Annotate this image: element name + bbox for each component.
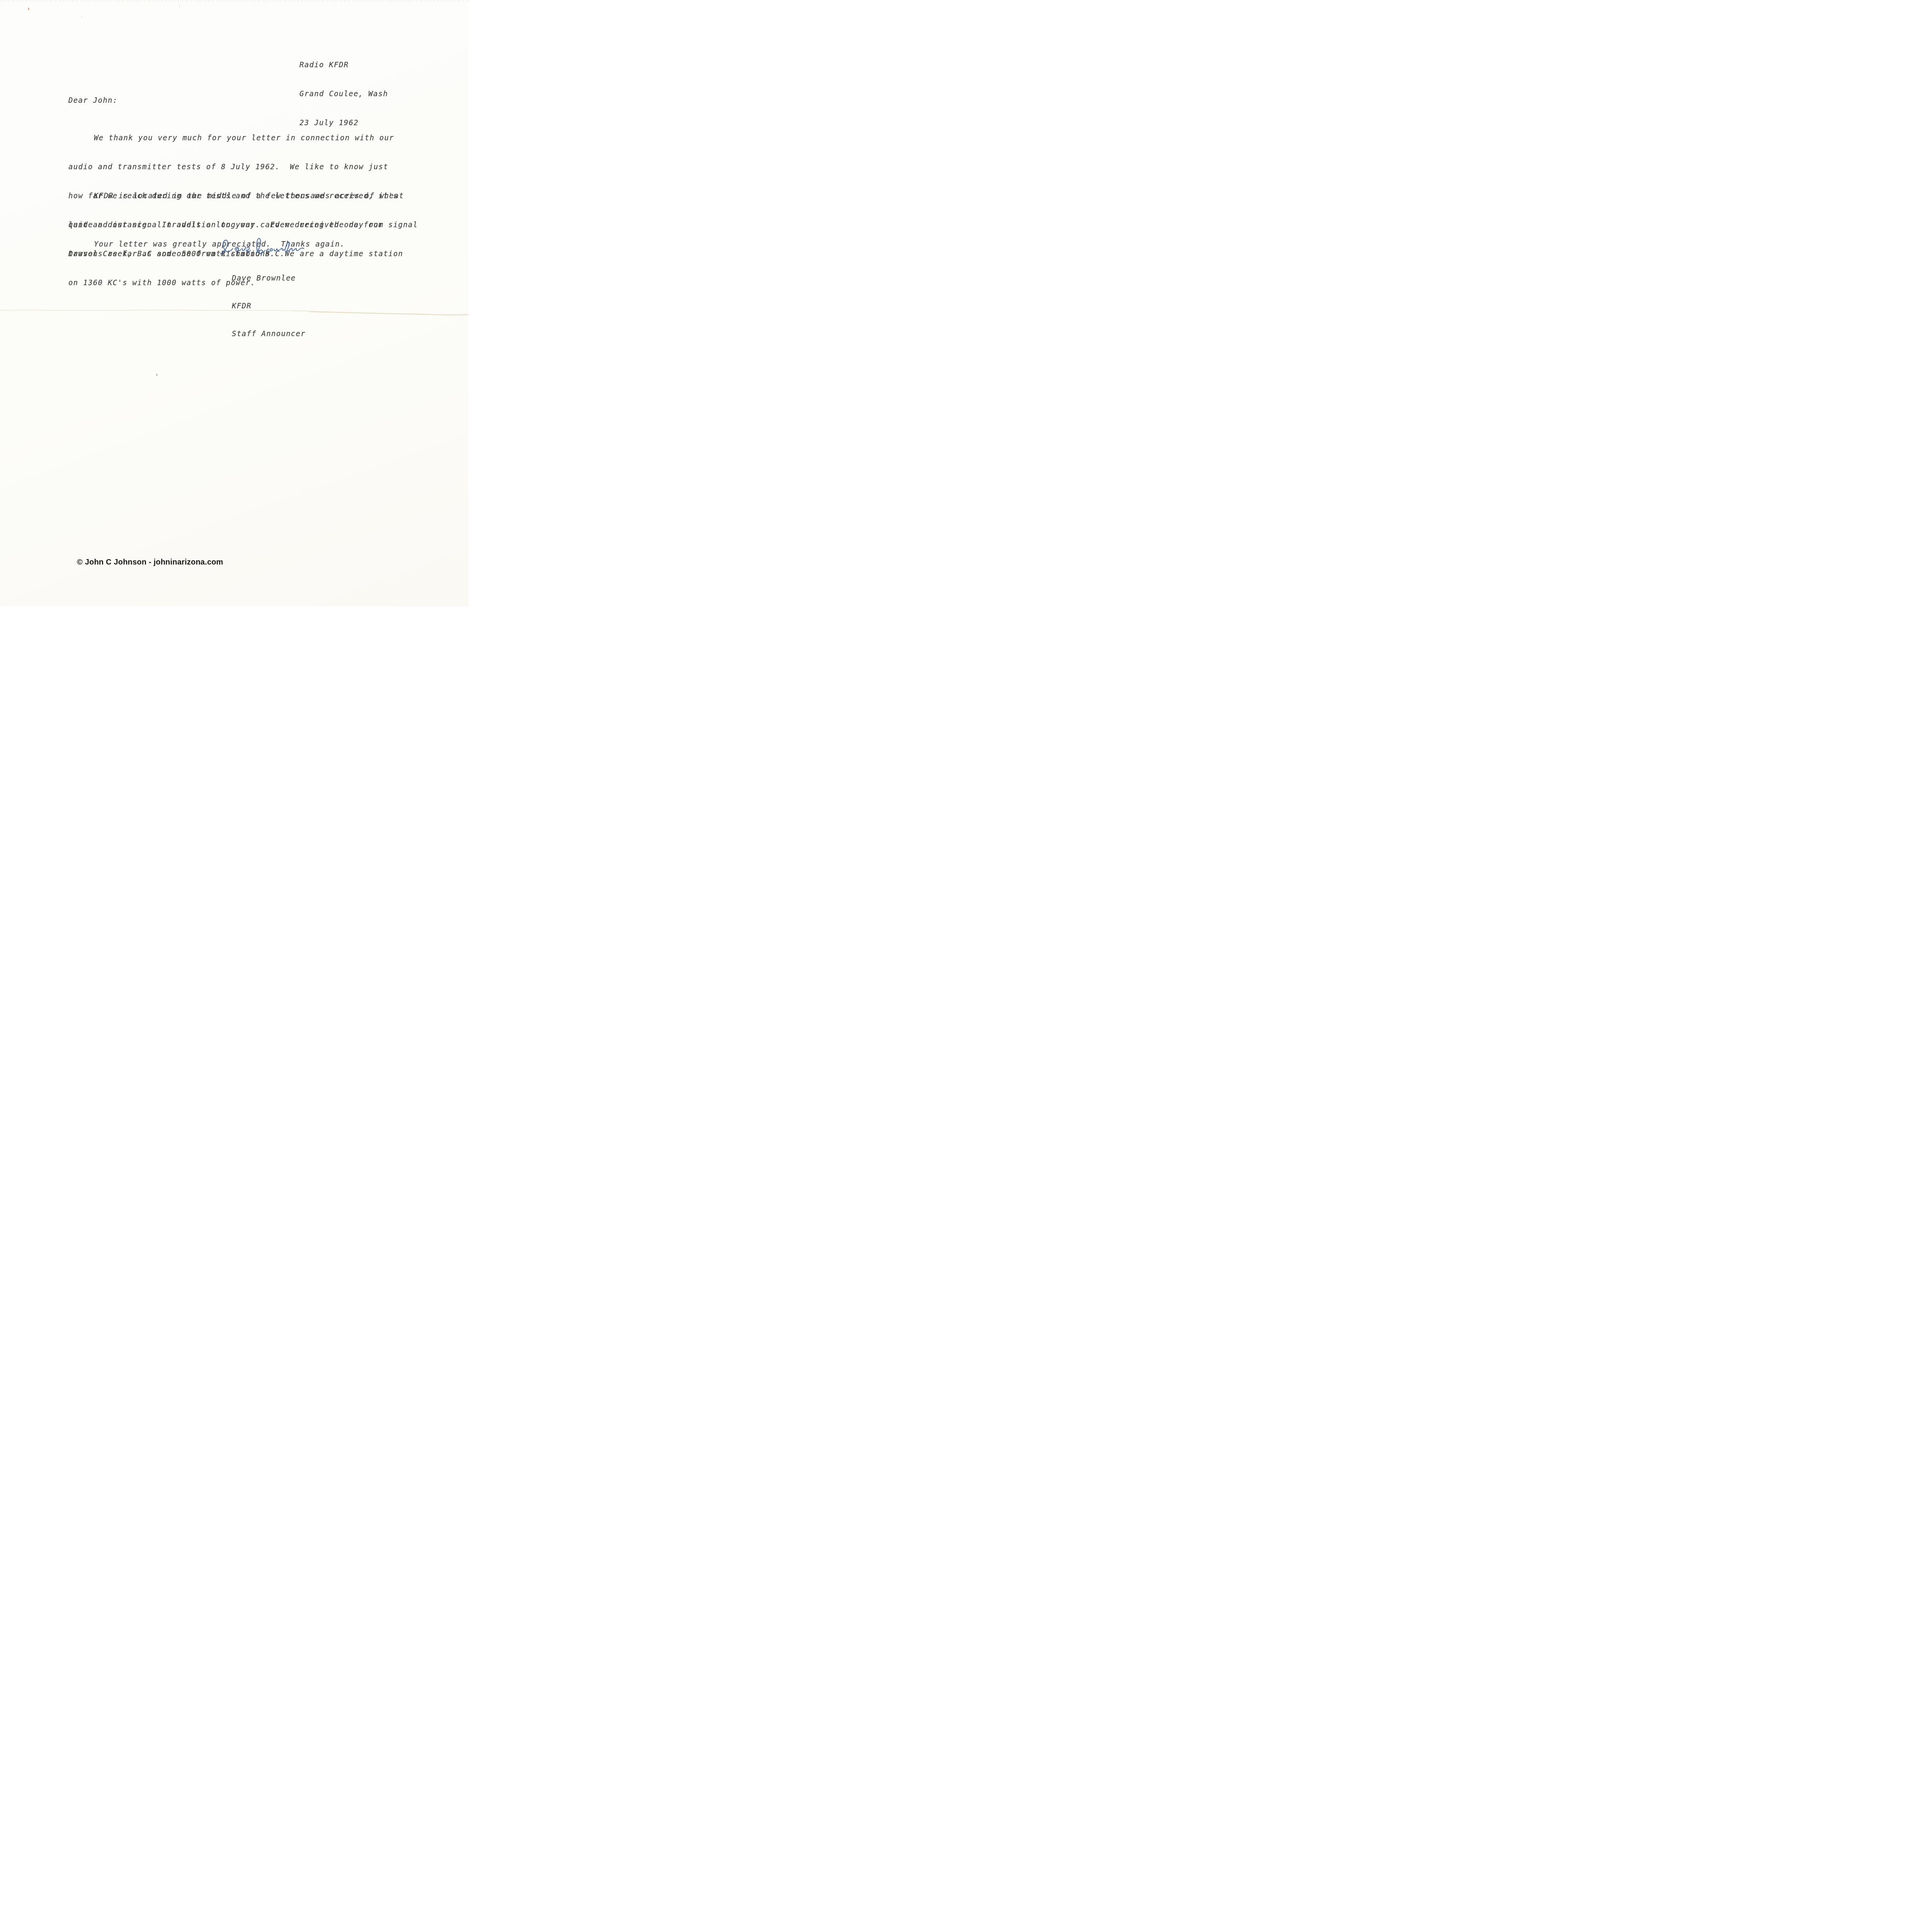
scan-speck bbox=[28, 8, 29, 10]
scan-speck bbox=[156, 374, 158, 376]
signature-title: Staff Announcer bbox=[232, 329, 306, 338]
signature-typed-name: Dave Brownlee bbox=[232, 274, 306, 283]
salutation: Dear John: bbox=[68, 96, 117, 105]
paper-fold-crease bbox=[0, 307, 468, 319]
handwritten-signature bbox=[219, 236, 305, 257]
letterhead-city: Grand Coulee, Wash bbox=[299, 89, 388, 99]
letterhead-station: Radio KFDR bbox=[299, 60, 388, 70]
scan-noise-top-edge bbox=[0, 0, 468, 2]
scan-speck bbox=[81, 16, 82, 17]
copyright-watermark: © John C Johnson - johninarizona.com bbox=[77, 558, 223, 567]
paragraph-line: KFDR is located in the middle of a few t… bbox=[68, 191, 418, 201]
paragraph-line: audio and transmitter tests of 8 July 19… bbox=[68, 162, 398, 172]
signature-block: Dave Brownlee KFDR Staff Announcer bbox=[232, 255, 306, 357]
scan-speck bbox=[179, 5, 180, 7]
letter-page: Radio KFDR Grand Coulee, Wash 23 July 19… bbox=[0, 0, 468, 607]
paragraph-line: We thank you very much for your letter i… bbox=[68, 133, 398, 143]
